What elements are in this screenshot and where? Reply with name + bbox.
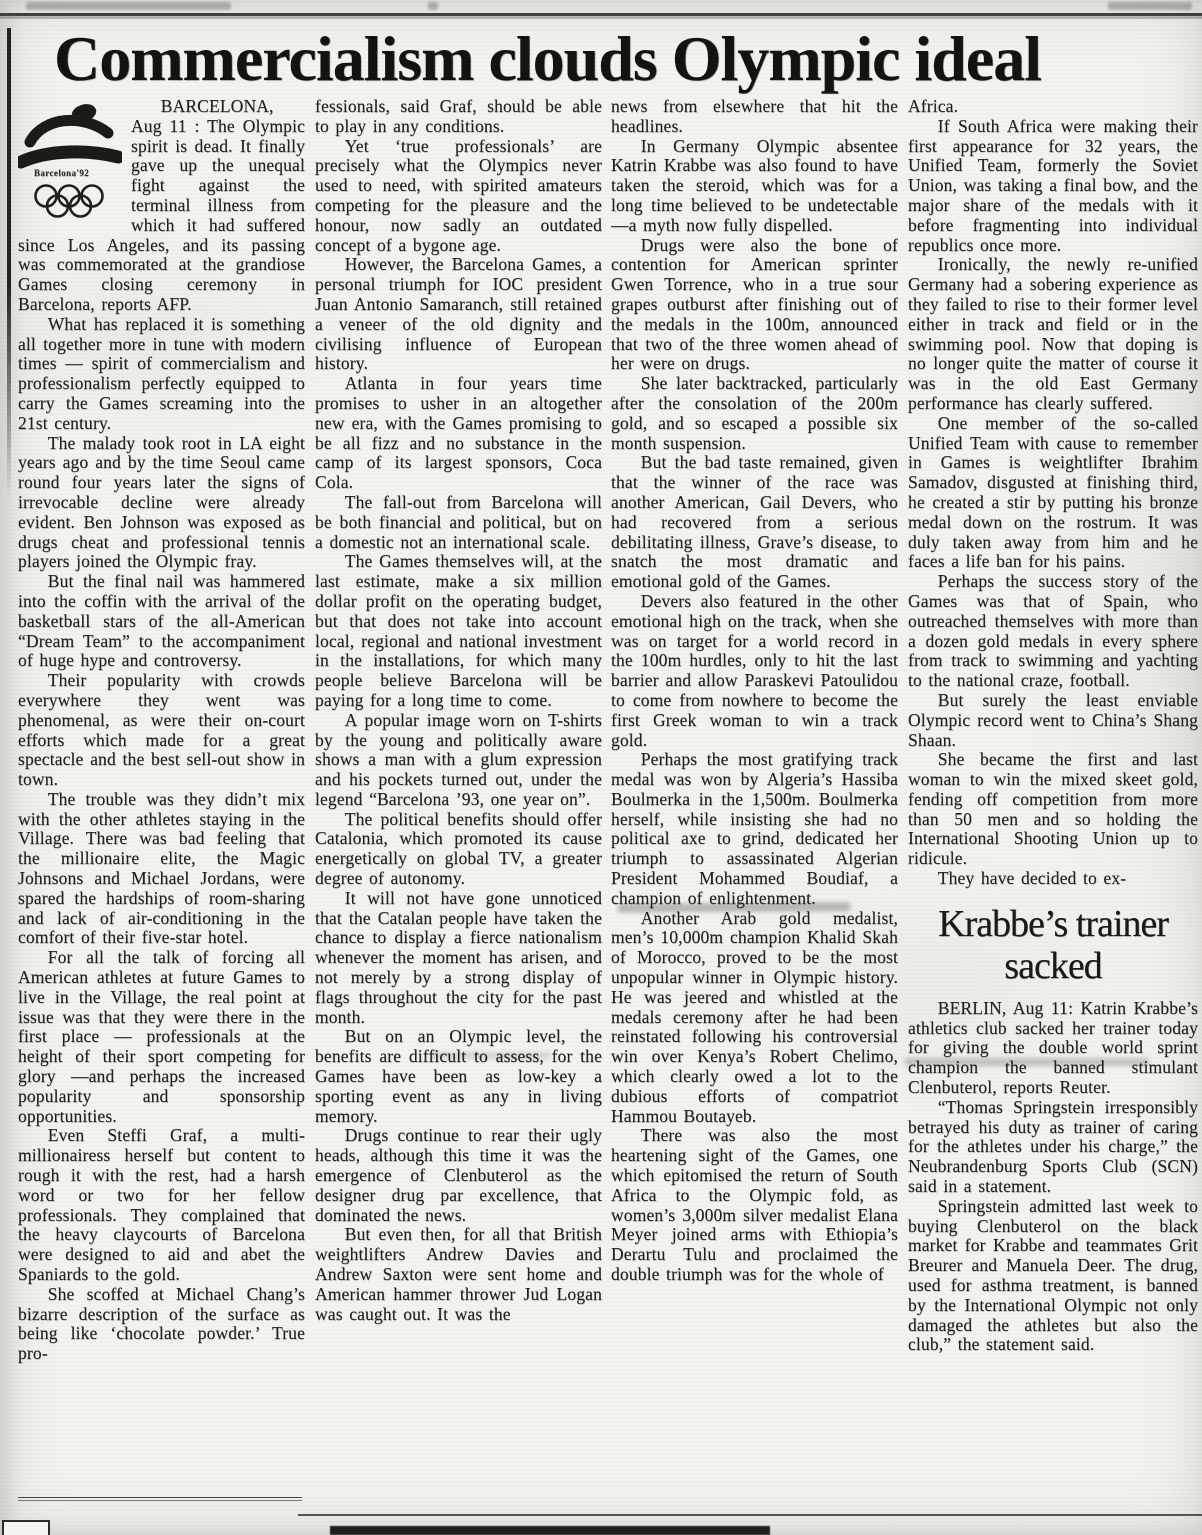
cobi-figure-icon [21,101,118,162]
article-paragraph: In Germany Olympic absentee Katrin Krabb… [611,137,898,236]
article-column-4: Africa.If South Africa were making their… [908,97,1198,1519]
article-column-3: news from elsewhere that hit the headlin… [611,97,898,1519]
olympic-rings-icon [36,186,103,217]
masthead-smudge [428,2,438,10]
page-edge-rule [7,28,11,498]
article-paragraph: Perhaps the success story of the Games w… [908,572,1198,691]
logo-caption: Barcelona'92 [34,164,89,184]
article-paragraph: Their popularity with crowds everywhere … [18,671,305,790]
article-paragraph: But even then, for all that British weig… [315,1225,602,1324]
article-column-1: Barcelona'92 BARCELONA, Aug 11 : The Oly… [18,97,305,1519]
article-paragraph: Drugs continue to rear their ugly heads,… [315,1126,602,1225]
article-paragraph: It will not have gone unnoticed that the… [315,889,602,1028]
column-4-text: Africa.If South Africa were making their… [908,97,1198,889]
article-paragraph: She became the first and last woman to w… [908,750,1198,869]
article-paragraph: BERLIN, Aug 11: Katrin Krabbe’s athletic… [908,999,1198,1098]
masthead-rule [0,13,1202,16]
article-paragraph: news from elsewhere that hit the headlin… [611,97,898,137]
bottom-article-fragment [330,1526,770,1535]
article-paragraph: The malady took root in LA eight years a… [18,434,305,573]
barcelona-92-emblem-icon [18,100,122,222]
bottom-rule [298,1514,1202,1516]
article-paragraph: Perhaps the most gratifying track medal … [611,750,898,908]
article-paragraph: But surely the least enviable Olympic re… [908,691,1198,750]
subarticle-text: BERLIN, Aug 11: Katrin Krabbe’s athletic… [908,999,1198,1355]
article-paragraph: The fall-out from Barcelona will be both… [315,493,602,552]
article-paragraph: However, the Barcelona Games, a personal… [315,255,602,374]
article-paragraph: Yet ‘true professionals’ are precisely w… [315,137,602,256]
article-headline: Commercialism clouds Olympic ideal [54,22,1164,96]
barcelona-92-logo: Barcelona'92 [18,100,122,222]
column-2-text: fessionals, said Graf, should be able to… [315,97,602,1324]
newspaper-page: Commercialism clouds Olympic ideal Barce… [0,0,1202,1535]
column-1-text: BARCELONA, Aug 11 : The Olympic spirit i… [18,97,305,1364]
article-paragraph: She scoffed at Michael Chang’s bizarre d… [18,1285,305,1364]
bottom-corner-box [2,1520,50,1535]
article-paragraph: For all the talk of forcing all American… [18,948,305,1126]
article-paragraph: But on an Olympic level, the benefits ar… [315,1027,602,1126]
masthead-smudge [1108,2,1192,10]
article-paragraph: One member of the so-called Unified Team… [908,414,1198,572]
article-paragraph: They have decided to ex- [908,869,1198,889]
article-paragraph: Drugs were also the bone of contention f… [611,236,898,375]
article-paragraph: “Thomas Springstein irresponsibly betray… [908,1098,1198,1197]
article-paragraph: The political benefits should offer Cata… [315,810,602,889]
article-paragraph: Ironically, the newly re-unified Germany… [908,255,1198,413]
article-paragraph: fessionals, said Graf, should be able to… [315,97,602,137]
masthead-smudge [26,2,231,10]
article-paragraph: Another Arab gold medalist, men’s 10,000… [611,909,898,1127]
article-column-2: fessionals, said Graf, should be able to… [315,97,602,1519]
article-paragraph: A popular image worn on T-shirts by the … [315,711,602,810]
article-paragraph: But the final nail was hammered into the… [18,572,305,671]
subarticle-headline: Krabbe’s trainer sacked [908,903,1198,987]
article-paragraph: What has replaced it is something all to… [18,315,305,434]
article-paragraph: The trouble was they didn’t mix with the… [18,790,305,948]
article-paragraph: She later backtracked, particularly afte… [611,374,898,453]
article-paragraph: There was also the most heartening sight… [611,1126,898,1284]
article-paragraph: Atlanta in four years time promises to u… [315,374,602,493]
article-paragraph: Devers also featured in the other emotio… [611,592,898,750]
article-paragraph: If South Africa were making their first … [908,117,1198,256]
column-3-text: news from elsewhere that hit the headlin… [611,97,898,1285]
article-paragraph: Springstein admitted last week to buying… [908,1197,1198,1355]
article-paragraph: The Games themselves will, at the last e… [315,552,602,710]
column-end-rule [18,1497,302,1501]
article-paragraph: Even Steffi Graf, a multi-millionairess … [18,1126,305,1284]
article-paragraph: Africa. [908,97,1198,117]
article-paragraph: But the bad taste remained, given that t… [611,453,898,592]
